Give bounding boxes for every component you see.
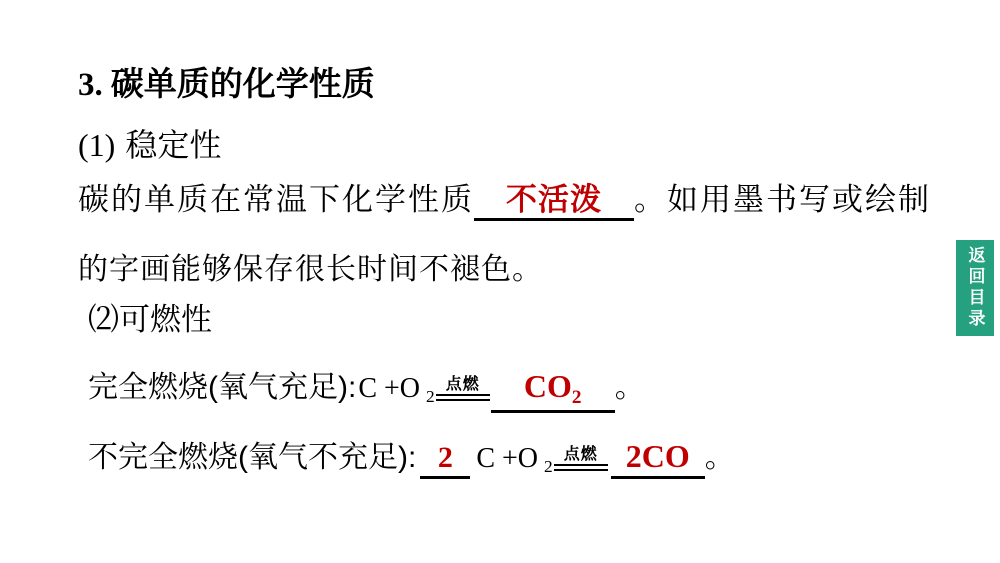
ignition-condition-text: 点燃	[436, 376, 490, 394]
fill-blank-co2: CO2	[491, 370, 615, 413]
page-title: 3.碳单质的化学性质	[78, 58, 375, 105]
slide-canvas: 3.碳单质的化学性质 (1)稳定性 碳的单质在常温下化学性质不活泼。如用墨书写或…	[0, 0, 1000, 563]
sentence-period: 。	[705, 441, 735, 474]
ignition-condition-text: 点燃	[554, 446, 608, 464]
heading-number: (1)	[78, 127, 115, 163]
equation-label: 完全燃烧(氧气充足):	[88, 371, 356, 404]
equation-label: 不完全燃烧(氧气不充足):	[88, 441, 416, 474]
sentence-period: 。	[615, 371, 645, 404]
equation-incomplete-combustion: 不完全燃烧(氧气不充足):2C +O2点燃2CO。	[88, 432, 735, 479]
double-bond-line	[554, 464, 608, 471]
reactant-subscript: 2	[426, 387, 435, 406]
fill-blank-2co: 2CO	[611, 440, 705, 479]
equation-reactants: C +O2	[358, 373, 434, 404]
stability-sentence-line1: 碳的单质在常温下化学性质不活泼。如用墨书写或绘制	[78, 174, 931, 221]
equation-complete-combustion: 完全燃烧(氧气充足):C +O2点燃CO2。	[88, 362, 645, 413]
answer-subscript: 2	[572, 387, 582, 408]
stability-sentence-line2: 的字画能够保存很长时间不褪色。	[78, 244, 543, 288]
title-number: 3.	[78, 67, 103, 103]
section-heading-stability: (1)稳定性	[78, 120, 221, 166]
ignition-condition-mark: 点燃	[436, 376, 490, 401]
sentence-prefix: 碳的单质在常温下化学性质	[78, 182, 474, 217]
ignition-condition-mark: 点燃	[554, 446, 608, 471]
heading-text: 稳定性	[125, 127, 221, 163]
blank-answer-2co: 2CO	[626, 438, 690, 474]
fill-blank-stability: 不活泼	[474, 184, 634, 221]
reactant-subscript: 2	[544, 457, 553, 476]
title-text: 碳单质的化学性质	[111, 65, 375, 102]
sentence-suffix: 。如用墨书写或绘制	[634, 182, 931, 217]
section-heading-combustibility: ⑵可燃性	[88, 294, 212, 339]
equation-reactants: C +O2	[476, 443, 552, 474]
return-to-contents-tab[interactable]: 返回目录	[956, 240, 994, 336]
fill-blank-coefficient: 2	[420, 443, 470, 479]
blank-answer-co2: CO2	[524, 368, 582, 404]
blank-answer-coefficient: 2	[438, 441, 453, 474]
blank-answer-stability: 不活泼	[506, 182, 602, 217]
double-bond-line	[436, 394, 490, 401]
